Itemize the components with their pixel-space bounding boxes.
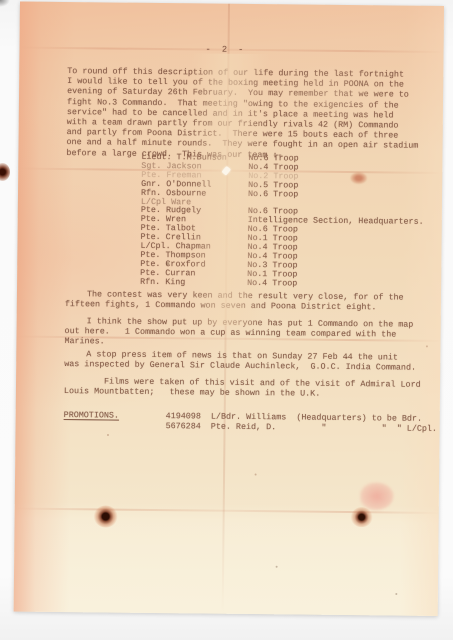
scanned-letter-photo: - 2 - To round off this description of o… bbox=[0, 0, 453, 640]
team-member-name: L/Cpl Ware bbox=[141, 197, 248, 207]
promotions-entries: 4194098 L/Bdr. Williams (Headquarters) t… bbox=[166, 411, 438, 434]
paragraph-boxing-intro: To round off this description of our lif… bbox=[66, 66, 419, 162]
team-member-name: Rfn. King bbox=[140, 278, 247, 288]
burn-spot-left-edge bbox=[0, 163, 10, 181]
dirt-specks bbox=[20, 2, 21, 3]
team-member-troop: No.4 Troop bbox=[247, 279, 297, 288]
paragraph-inspection: A stop press item of news is that on Sun… bbox=[64, 349, 416, 373]
promotions-section: PROMOTIONS. 4194098 L/Bdr. Williams (Hea… bbox=[64, 410, 438, 434]
promotion-entry: 5676284 Pte. Reid, D. " " " L/Cpl. bbox=[166, 421, 437, 434]
burn-spot-bottom-left bbox=[94, 505, 118, 527]
text-line: was inspected by General Sir Claude Auch… bbox=[64, 359, 416, 373]
promotions-heading: PROMOTIONS. bbox=[64, 410, 119, 421]
scan-corner-artifact bbox=[0, 0, 10, 7]
paragraph-films: Films were taken of this visit and of th… bbox=[64, 376, 421, 400]
paragraph-commando-cup: I think the show put up by everyone has … bbox=[64, 316, 413, 350]
page-number: - 2 - bbox=[205, 45, 246, 55]
team-member-name: Pte. Freeman bbox=[141, 171, 248, 181]
document-page: - 2 - To round off this description of o… bbox=[14, 2, 444, 616]
team-member-troop: No.2 Troop bbox=[248, 172, 298, 181]
team-roster: Lieut. T.M.BunsonNo.6 Troop Sgt. Jackson… bbox=[140, 153, 424, 290]
paragraph-contest-result: The contest was very keen and the result… bbox=[65, 289, 404, 313]
ink-blotch-right bbox=[350, 172, 367, 184]
team-row: Rfn. KingNo.4 Troop bbox=[140, 278, 423, 290]
text-line: fifteen fights, 1 Commando won seven and… bbox=[65, 299, 404, 313]
pink-stain bbox=[360, 482, 394, 510]
